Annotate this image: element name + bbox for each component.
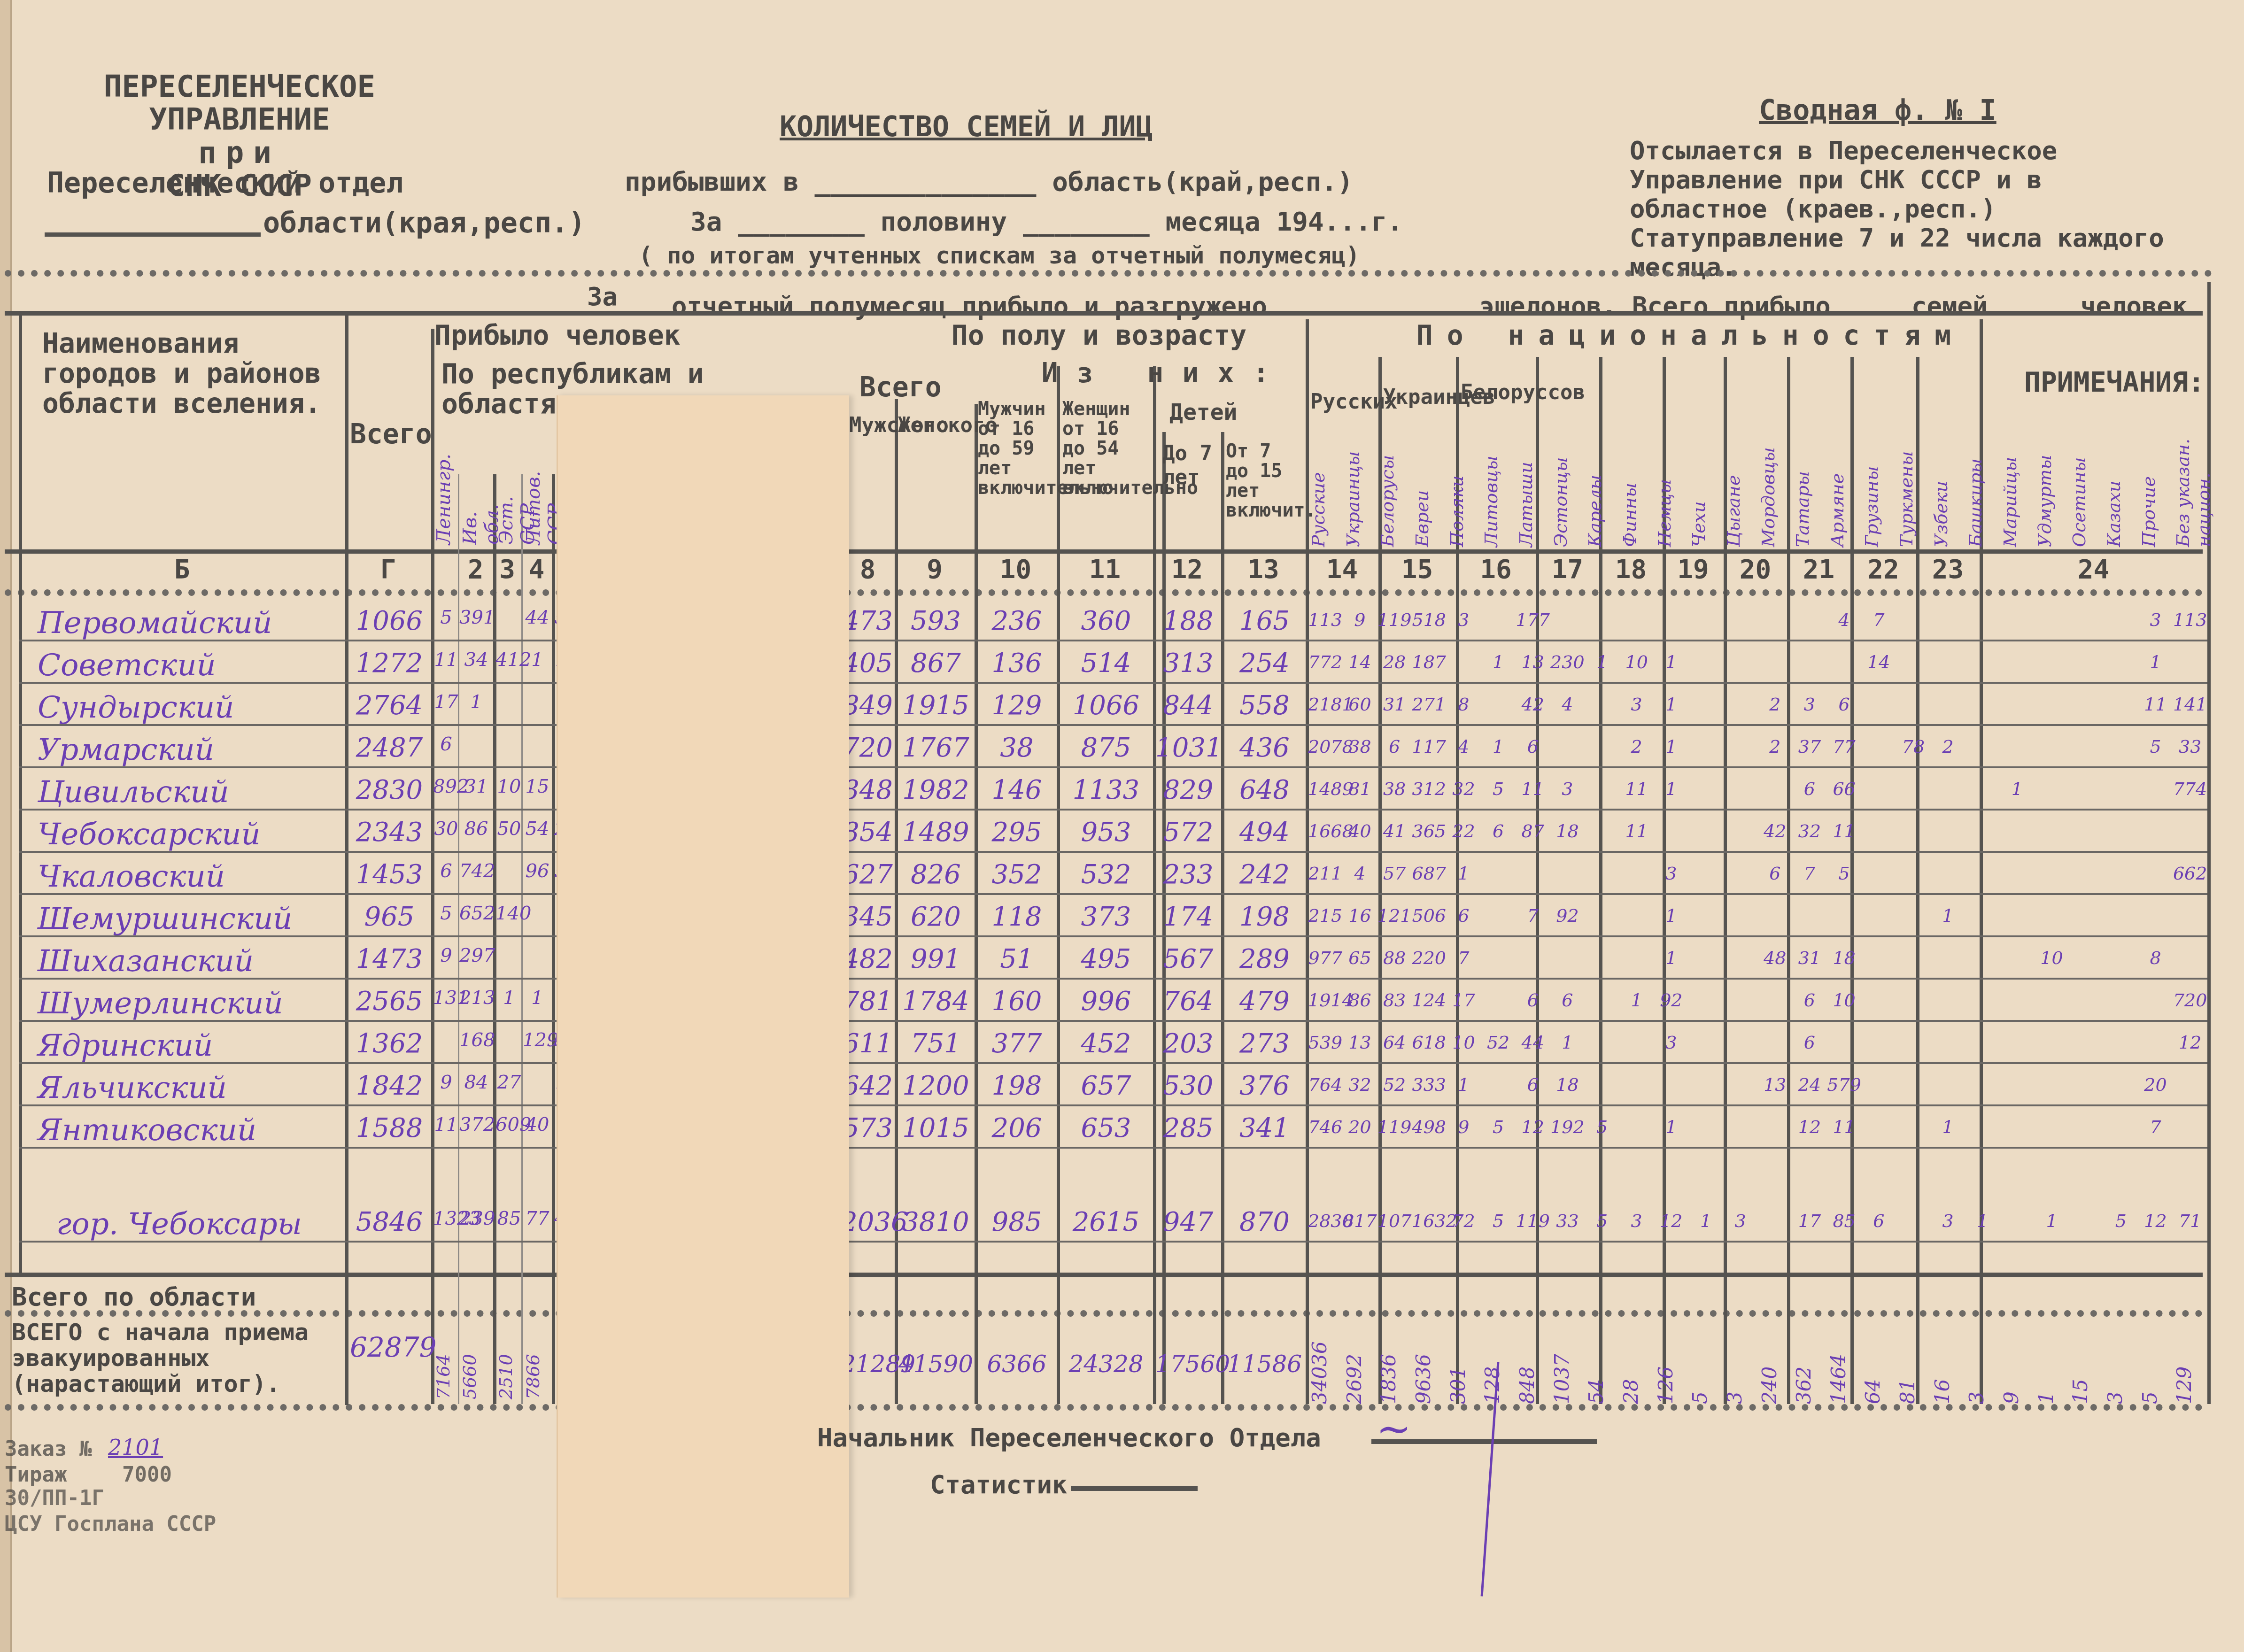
nationality-value: 1 [1965, 1212, 2000, 1230]
nationality-value: 539 [1308, 1034, 1343, 1051]
separator-dots [5, 270, 2212, 277]
nationality-value: 6 [1792, 1034, 1827, 1051]
nationality-value: 71 [2173, 1212, 2207, 1230]
grid-line [19, 311, 22, 1274]
period-note: ( по итогам учтенных спискам за отчетный… [639, 242, 1360, 269]
nationality-value: 17 [1447, 991, 1481, 1009]
nationality-value: 2181 [1308, 695, 1343, 713]
nationality-value: 5 [1827, 865, 1862, 882]
nationality-subcolumn-label: Русские [1308, 413, 1343, 547]
nationality-value: 33 [1550, 1212, 1585, 1230]
men-16-59: 146 [977, 777, 1057, 803]
republic-value: 168 [459, 1031, 493, 1050]
women-16-54: 360 [1059, 608, 1153, 634]
total-arrived: 1453 [348, 862, 431, 888]
cumulative-nationality: 126 [1654, 1305, 1689, 1404]
cumulative-nationality: 9636 [1412, 1305, 1447, 1404]
nationality-value: 506 [1412, 907, 1447, 925]
row-divider [19, 1241, 2207, 1243]
women-16-54: 996 [1059, 988, 1153, 1015]
women-16-54: 373 [1059, 904, 1153, 930]
children-7-15: 558 [1223, 693, 1306, 719]
nationality-value: 579 [1827, 1076, 1862, 1094]
column-number: 4 [521, 556, 552, 583]
men-16-59: 236 [977, 608, 1057, 634]
nationality-value: 1 [1654, 949, 1689, 967]
nationality-value: 312 [1412, 780, 1447, 798]
nationality-value: 3 [1550, 780, 1585, 798]
nationality-value: 5 [1481, 780, 1516, 798]
nationality-value: 1 [1550, 1034, 1585, 1051]
nationality-value: 10 [2035, 949, 2069, 967]
children-under-7: 188 [1155, 608, 1221, 634]
nationality-subcolumn-label: Узбеки [1931, 413, 1965, 547]
republic-value: 742 [459, 862, 493, 880]
nationality-value: 3 [1654, 865, 1689, 882]
column-number: Г [345, 556, 431, 583]
nationality-value: 1 [1585, 653, 1619, 671]
republic-value: 85 [495, 1209, 523, 1228]
republic-value: 86 [459, 819, 493, 838]
children-7-15: 494 [1223, 819, 1306, 846]
statistician-label: Статистик [930, 1470, 1068, 1499]
nationality-value: 85 [1827, 1212, 1862, 1230]
nationality-subcolumn-label: Латыши [1516, 413, 1550, 547]
nationality-subcolumn-label: Карелы [1585, 413, 1619, 547]
row-divider [19, 978, 2207, 980]
republic-value: 96 [523, 862, 552, 880]
nationality-value: 662 [2173, 865, 2207, 882]
nationality-value: 38 [1377, 780, 1412, 798]
nationality-value: 365 [1412, 822, 1447, 840]
nationality-value: 746 [1308, 1118, 1343, 1136]
nationality-value: 6 [1447, 907, 1481, 925]
cumulative-nationality: 301 [1447, 1305, 1481, 1404]
nationality-value: 2078 [1308, 738, 1343, 756]
nationality-value: 9 [1447, 1118, 1481, 1136]
women-16-54: 875 [1059, 735, 1153, 761]
men-16-59-header: Мужчин от 16 до 59 лет включительно [978, 399, 1055, 498]
column-number: Б [19, 556, 345, 583]
nationality-header: По национальностям [1409, 319, 1973, 351]
arrived-in-line: прибывших в ______________ область(край,… [625, 167, 1353, 197]
column-number: 9 [895, 556, 975, 583]
nationality-subcolumn-label: Осетины [2069, 413, 2104, 547]
republic-value: 1 [523, 650, 552, 669]
nationality-value: 6 [1550, 991, 1585, 1009]
column-number: 11 [1057, 556, 1153, 583]
children-under-7: 844 [1155, 693, 1221, 719]
cumulative-nationality: 28 [1619, 1305, 1654, 1404]
column-number: 21 [1787, 556, 1850, 583]
nationality-value: 9 [1343, 611, 1377, 629]
children-under-7: 1031 [1155, 735, 1221, 761]
cumulative-nationality: 34036 [1308, 1305, 1343, 1404]
republic-value: 5 [433, 904, 459, 923]
publisher: ЦСУ Госплана СССР [5, 1512, 216, 1536]
nationality-value: 1668 [1308, 822, 1343, 840]
children-7-15: 254 [1223, 650, 1306, 677]
cumulative-c7_15: 11586 [1223, 1352, 1306, 1376]
nationality-value: 4 [1827, 611, 1862, 629]
cumulative-nationality: 1464 [1827, 1305, 1862, 1404]
cumulative-nationality: 2692 [1343, 1305, 1377, 1404]
nationality-value: 6 [1516, 738, 1550, 756]
nationality-value: 57 [1377, 865, 1412, 882]
nationality-value: 11 [1516, 780, 1550, 798]
column-number: 12 [1153, 556, 1221, 583]
nationality-value: 5 [1481, 1118, 1516, 1136]
nationality-subcolumn-label: Чехи [1688, 413, 1723, 547]
print-code: 30/ПП-1Г [5, 1486, 104, 1510]
nationality-value: 6 [1516, 1076, 1550, 1094]
republic-value: 9 [433, 1073, 459, 1092]
republic-value: 1 [459, 693, 493, 711]
of-them-header: Из них: [1033, 357, 1296, 389]
nationality-value: 6 [1758, 865, 1793, 882]
row-divider [19, 1147, 2207, 1149]
republic-value: 44 [523, 608, 552, 627]
nationality-value: 5 [1585, 1212, 1619, 1230]
period-line: За ________ половину ________ месяца 194… [690, 207, 1403, 237]
summary-za: За [587, 282, 618, 311]
nationality-value: 211 [1308, 865, 1343, 882]
nationality-value: 17 [1792, 1212, 1827, 1230]
women-16-54: 653 [1059, 1115, 1153, 1142]
nationality-value: 48 [1758, 949, 1793, 967]
nationality-value: 18 [1550, 822, 1585, 840]
cumulative-nationality: 128 [1481, 1305, 1516, 1404]
republic-value: 652 [459, 904, 493, 923]
nationality-value: 88 [1377, 949, 1412, 967]
nationality-value: 1489 [1308, 780, 1343, 798]
cumulative-nationality: 3 [1965, 1305, 2000, 1404]
row-divider [19, 1104, 2207, 1106]
nationality-value: 13 [1758, 1076, 1793, 1094]
female-total: 1784 [897, 988, 975, 1015]
nationality-value: 1632 [1412, 1212, 1447, 1230]
men-16-59: 198 [977, 1073, 1057, 1099]
female-total: 751 [897, 1031, 975, 1057]
cumulative-republic: 2510 [495, 1324, 523, 1399]
nationality-value: 31 [1377, 695, 1412, 713]
cumulative-republic: 7164 [433, 1324, 459, 1399]
district-name: Шумерлинский [38, 986, 283, 1021]
total-arrived: 2565 [348, 988, 431, 1015]
republic-value: 15 [523, 777, 552, 796]
nationality-value: 220 [1412, 949, 1447, 967]
women-16-54: 2615 [1059, 1209, 1153, 1235]
nationality-value: 5 [1585, 1118, 1619, 1136]
chief-label: Начальник Переселенческого Отдела [817, 1423, 1321, 1452]
nationality-value: 8 [2138, 949, 2173, 967]
children-7-15: 479 [1223, 988, 1306, 1015]
nationality-value: 215 [1308, 907, 1343, 925]
sex-age-header: По полу и возрасту [892, 319, 1306, 351]
column-number: 18 [1599, 556, 1663, 583]
cumulative-nationality: 1 [2035, 1305, 2069, 1404]
column-number-dots [5, 589, 2203, 596]
nationality-value: 6 [1516, 991, 1550, 1009]
children-under-7: 530 [1155, 1073, 1221, 1099]
nationality-value: 4 [1343, 865, 1377, 882]
nationality-value: 119 [1516, 1212, 1550, 1230]
republic-value: 372 [459, 1115, 493, 1134]
nationality-value: 720 [2173, 991, 2207, 1009]
column-number: 3 [493, 556, 521, 583]
nationality-value: 37 [1792, 738, 1827, 756]
women-16-54: 495 [1059, 946, 1153, 973]
table-top-border [5, 311, 2203, 316]
nationality-value: 121 [1377, 907, 1412, 925]
nationality-value: 817 [1343, 1212, 1377, 1230]
nationality-value: 977 [1308, 949, 1343, 967]
cumulative-nationality: 1836 [1377, 1305, 1412, 1404]
nationality-value: 498 [1412, 1118, 1447, 1136]
children-under-7: 947 [1155, 1209, 1221, 1235]
nationality-subcolumn-label: Финны [1619, 413, 1654, 547]
children-7-15: 648 [1223, 777, 1306, 803]
nationality-subcolumn-label: Казахи [2104, 413, 2138, 547]
column-number: 24 [1980, 556, 2207, 583]
submission-note: Отсылается в Переселенческое Управление … [1630, 136, 2170, 282]
republic-value: 31 [459, 777, 493, 796]
republic-value: 1 [495, 988, 523, 1007]
nationality-value: 192 [1550, 1118, 1585, 1136]
republic-subcolumn-label: Ив. обл. [459, 479, 493, 545]
nationality-value: 12 [1516, 1118, 1550, 1136]
print-run-label: Тираж [5, 1463, 67, 1487]
district-name: Янтиковский [38, 1113, 256, 1148]
republic-value: 9 [433, 946, 459, 965]
children-7-15: 870 [1223, 1209, 1306, 1235]
children-under-7: 764 [1155, 988, 1221, 1015]
nationality-value: 6 [1481, 822, 1516, 840]
nationality-value: 333 [1412, 1076, 1447, 1094]
nationality-value: 22 [1447, 822, 1481, 840]
men-16-59: 985 [977, 1209, 1057, 1235]
nationality-value: 5 [1481, 1212, 1516, 1230]
republic-value: 609 [495, 1115, 523, 1134]
district-name: Советский [38, 648, 216, 683]
nationality-value: 28 [1377, 653, 1412, 671]
nationality-subcolumn-label: Марийцы [2000, 413, 2035, 547]
republic-subcolumn-label: Ленингр. [433, 479, 459, 545]
cumulative-nationality: 848 [1516, 1305, 1550, 1404]
cumulative-u7: 17560 [1155, 1352, 1221, 1376]
district-name: Цивильский [38, 775, 229, 810]
nationality-value: 1 [1931, 1118, 1965, 1136]
nationality-value: 52 [1481, 1034, 1516, 1051]
cumulative-label: ВСЕГО с начала приема эвакуированных (на… [12, 1320, 340, 1397]
children-7-15: 198 [1223, 904, 1306, 930]
total-arrived: 1588 [348, 1115, 431, 1142]
nationality-value: 1 [1619, 991, 1654, 1009]
nationality-value: 11 [1619, 780, 1654, 798]
female-total: 991 [897, 946, 975, 973]
nationality-value: 64 [1377, 1034, 1412, 1051]
men-16-59: 118 [977, 904, 1057, 930]
children-under-7: 233 [1155, 862, 1221, 888]
nationality-value: 13 [1516, 653, 1550, 671]
nationality-value: 764 [1308, 1076, 1343, 1094]
nationality-value: 7 [2138, 1118, 2173, 1136]
children-under-7: 203 [1155, 1031, 1221, 1057]
nationality-value: 32 [1343, 1076, 1377, 1094]
row-divider [19, 724, 2207, 726]
children-under-7: 567 [1155, 946, 1221, 973]
ministry-name: ПЕРЕСЕЛЕНЧЕСКОЕ УПРАВЛЕНИЕ [28, 70, 451, 137]
nationality-value: 92 [1654, 991, 1689, 1009]
nationality-value: 11 [1827, 1118, 1862, 1136]
children-under-7: 174 [1155, 904, 1221, 930]
republic-value: 11 [433, 650, 459, 669]
nationality-value: 41 [1377, 822, 1412, 840]
republic-value: 30 [433, 819, 459, 838]
nationality-value: 107 [1377, 1212, 1412, 1230]
nationality-value: 1 [1931, 907, 1965, 925]
nationality-value: 6 [1861, 1212, 1896, 1230]
female-total: 1767 [897, 735, 975, 761]
cumulative-nationality: 3 [2104, 1305, 2138, 1404]
children-7-15: 273 [1223, 1031, 1306, 1057]
cumulative-republic: 5660 [459, 1324, 493, 1399]
column-number: 15 [1378, 556, 1456, 583]
republic-value: 17 [433, 693, 459, 711]
children-7-15-header: От 7 до 15 лет включит. [1226, 441, 1303, 520]
republic-value: 11 [433, 1115, 459, 1134]
republic-value: 34 [459, 650, 493, 669]
column-number: 20 [1724, 556, 1787, 583]
men-16-59: 295 [977, 819, 1057, 846]
nationality-value: 1 [1654, 1118, 1689, 1136]
form-number: Сводная ф. № I [1759, 94, 1996, 127]
children-7-15: 289 [1223, 946, 1306, 973]
nationality-value: 3 [1619, 695, 1654, 713]
nationality-subcolumn-label: Белорусы [1377, 413, 1412, 547]
statistician-signature-line [1071, 1486, 1198, 1491]
nationality-value: 1 [2138, 653, 2173, 671]
district-name: гор. Чебоксары [56, 1207, 302, 1242]
district-name: Чкаловский [38, 859, 225, 894]
children-7-15: 376 [1223, 1073, 1306, 1099]
female-total: 1200 [897, 1073, 975, 1099]
nationality-value: 2830 [1308, 1212, 1343, 1230]
cumulative-men: 6366 [977, 1352, 1057, 1376]
nationality-value: 1914 [1308, 991, 1343, 1009]
nationality-value: 113 [1308, 611, 1343, 629]
republic-value: 213 [459, 988, 493, 1007]
nationality-value: 1 [1481, 738, 1516, 756]
belarus-header: Белоруссов [1461, 380, 1531, 404]
nationality-subcolumn-label: Татары [1792, 413, 1827, 547]
column-number: 23 [1916, 556, 1980, 583]
republic-value: 6 [433, 862, 459, 880]
nationality-value: 141 [2173, 695, 2207, 713]
district-name: Первомайский [38, 606, 272, 641]
republic-value: 27 [495, 1073, 523, 1092]
summary-families: семей [1911, 291, 1988, 321]
nationality-value: 119 [1377, 611, 1412, 629]
nationality-subcolumn-label: Евреи [1412, 413, 1447, 547]
women-16-54: 452 [1059, 1031, 1153, 1057]
nationality-value: 618 [1412, 1034, 1447, 1051]
sex-total-header: Всего [859, 371, 942, 403]
nationality-subcolumn-label: Удмурты [2035, 413, 2069, 547]
nationality-subcolumn-label: Грузины [1861, 413, 1896, 547]
republic-value: 10 [495, 777, 523, 796]
nationality-value: 78 [1896, 738, 1931, 756]
female-total: 593 [897, 608, 975, 634]
column-number: 14 [1306, 556, 1378, 583]
total-arrived: 5846 [348, 1209, 431, 1235]
cumulative-nationality: 129 [2173, 1305, 2207, 1404]
nationality-subcolumn-label: Прочие [2138, 413, 2173, 547]
republic-value: 391 [459, 608, 493, 627]
total-header: Всего [350, 418, 432, 450]
women-16-54: 1066 [1059, 693, 1153, 719]
nationality-value: 1 [1654, 780, 1689, 798]
nationality-value: 20 [2138, 1076, 2173, 1094]
children-under-7: 313 [1155, 650, 1221, 677]
nationality-value: 14 [1861, 653, 1896, 671]
nationality-value: 31 [1792, 949, 1827, 967]
row-divider [19, 766, 2207, 768]
children-header: Детей [1169, 399, 1238, 425]
nationality-value: 7 [1861, 611, 1896, 629]
republic-value: 412 [495, 650, 523, 669]
district-name: Яльчикский [38, 1071, 227, 1105]
cumulative-nationality: 5 [2138, 1305, 2173, 1404]
column-number: 16 [1456, 556, 1536, 583]
nationality-value: 772 [1308, 653, 1343, 671]
republic-value: 77 [523, 1209, 552, 1228]
nationality-value: 5 [2138, 738, 2173, 756]
republic-value: 84 [459, 1073, 493, 1092]
female-total: 867 [897, 650, 975, 677]
total-region-label: Всего по области [12, 1282, 256, 1312]
women-16-54-header: Женщин от 16 до 54 лет включительно [1062, 399, 1152, 498]
men-16-59: 377 [977, 1031, 1057, 1057]
republic-value: 129 [523, 1031, 552, 1050]
column-number: 13 [1221, 556, 1306, 583]
nationality-value: 7 [1516, 907, 1550, 925]
table-end-dots [5, 1404, 2203, 1411]
column-number: 17 [1536, 556, 1599, 583]
table-body-bottom [5, 1273, 2203, 1277]
republic-value: 50 [495, 819, 523, 838]
men-16-59: 51 [977, 946, 1057, 973]
total-arrived: 2487 [348, 735, 431, 761]
chief-signature: ~ [1376, 1404, 1411, 1453]
children-under-7: 572 [1155, 819, 1221, 846]
children-7-15: 165 [1223, 608, 1306, 634]
nationality-subcolumn-label: Литовцы [1481, 413, 1516, 547]
cumulative-nationality: 3 [1723, 1305, 1758, 1404]
nationality-value: 687 [1412, 865, 1447, 882]
nationality-value: 1 [1654, 695, 1689, 713]
republic-value: 297 [459, 946, 493, 965]
nationality-value: 11 [1827, 822, 1862, 840]
nationality-value: 86 [1343, 991, 1377, 1009]
nationality-value: 6 [1792, 780, 1827, 798]
nationality-subcolumn-label: Украинцы [1343, 413, 1377, 547]
nationality-value: 20 [1343, 1118, 1377, 1136]
department-name: Переселенческий отдел [47, 167, 403, 200]
nationality-value: 16 [1343, 907, 1377, 925]
republic-value: 140 [495, 904, 523, 923]
nationality-value: 72 [1447, 1212, 1481, 1230]
